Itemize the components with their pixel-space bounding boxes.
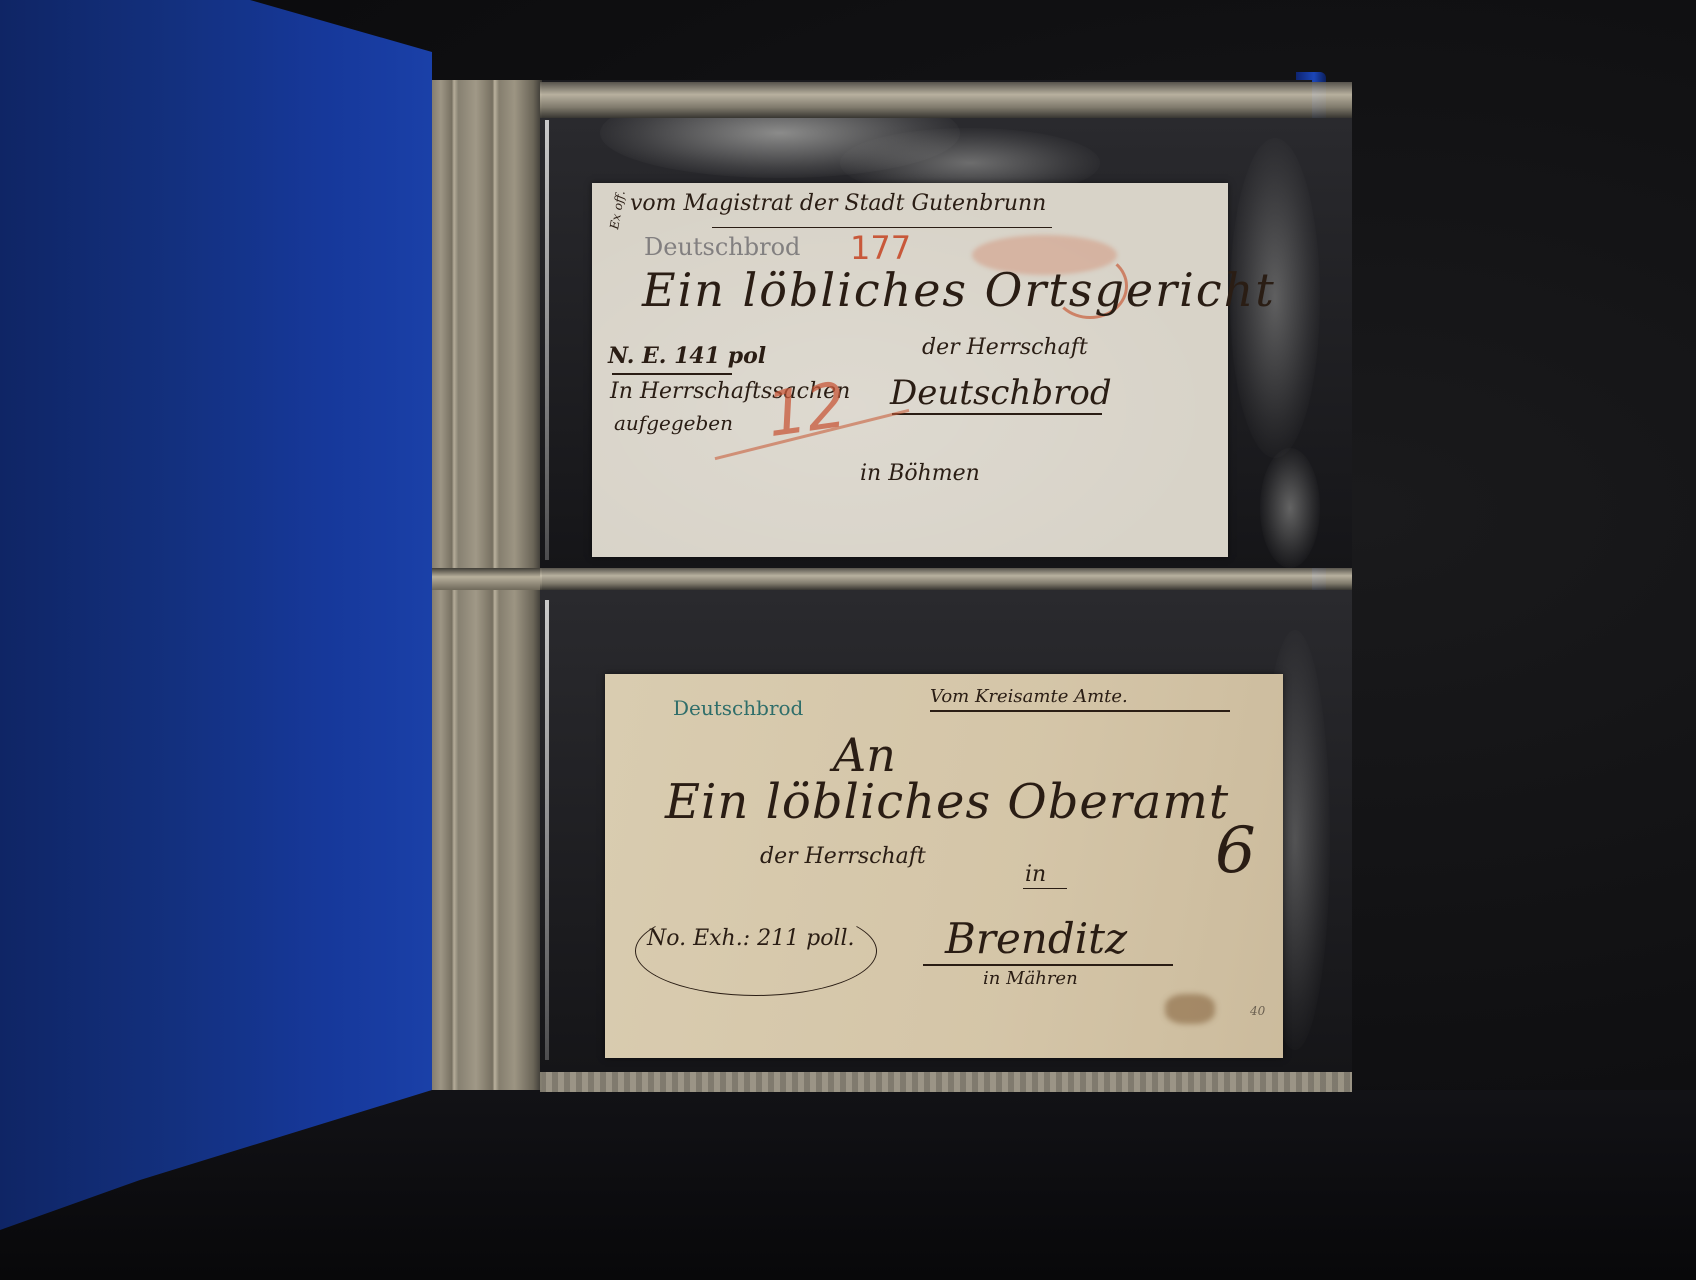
address-line-1: Ein löbliches Oberamt: [665, 774, 1229, 830]
place-underline: [892, 413, 1102, 415]
letter-upper: Ex off. vom Magistrat der Stadt Gutenbru…: [592, 183, 1228, 557]
docket-line-2: aufgegeben: [614, 411, 733, 435]
rate-mark: 6: [1215, 814, 1256, 888]
paper-stain: [1165, 994, 1215, 1024]
sleeve-glare: [1260, 448, 1320, 568]
album-cover-blue: [0, 0, 432, 1250]
address-line-1: Ein löbliches Ortsgericht: [642, 263, 1276, 317]
red-rate-mark: 12: [762, 368, 850, 451]
sender-underline: [930, 710, 1230, 712]
sender-line: Vom Kreisamte Amte.: [930, 686, 1128, 707]
docket-underline: [612, 373, 732, 375]
sleeve-middle-strip: [540, 568, 1352, 590]
sleeve-glare: [600, 118, 960, 178]
sleeve-edge: [545, 120, 549, 560]
docket-flourish: [635, 906, 877, 996]
address-line-2: der Herrschaft: [922, 335, 1088, 360]
corner-pencil-note: 40: [1250, 1004, 1265, 1018]
postmark-deutschbrod: Deutschbrod: [673, 696, 803, 720]
binding-separator: [432, 568, 542, 590]
address-in: in: [1025, 862, 1046, 887]
sleeve-edge: [545, 600, 549, 1060]
address-place: Deutschbrod: [890, 373, 1112, 413]
album-photo: Ex off. vom Magistrat der Stadt Gutenbru…: [0, 0, 1696, 1280]
address-region: in Böhmen: [860, 461, 980, 486]
docket-ref: N. E. 141 pol: [608, 343, 766, 369]
sender-line: vom Magistrat der Stadt Gutenbrunn: [630, 191, 1046, 216]
address-region: in Mähren: [983, 968, 1078, 989]
address-line-2: der Herrschaft: [760, 844, 926, 869]
in-underline: [1023, 888, 1067, 889]
place-underline: [923, 964, 1173, 966]
side-note: Ex off.: [607, 190, 628, 231]
docket-ref: No. Exh.: 211 poll.: [647, 926, 855, 951]
address-place: Brenditz: [945, 914, 1127, 963]
red-number-177: 177: [850, 229, 911, 267]
sender-underline: [712, 227, 1052, 228]
postmark-deutschbrod: Deutschbrod: [644, 233, 800, 261]
letter-lower: Deutschbrod Vom Kreisamte Amte. An Ein l…: [605, 674, 1283, 1058]
sleeve-top-strip: [540, 82, 1352, 118]
sleeve-bottom-strip: [540, 1072, 1352, 1092]
